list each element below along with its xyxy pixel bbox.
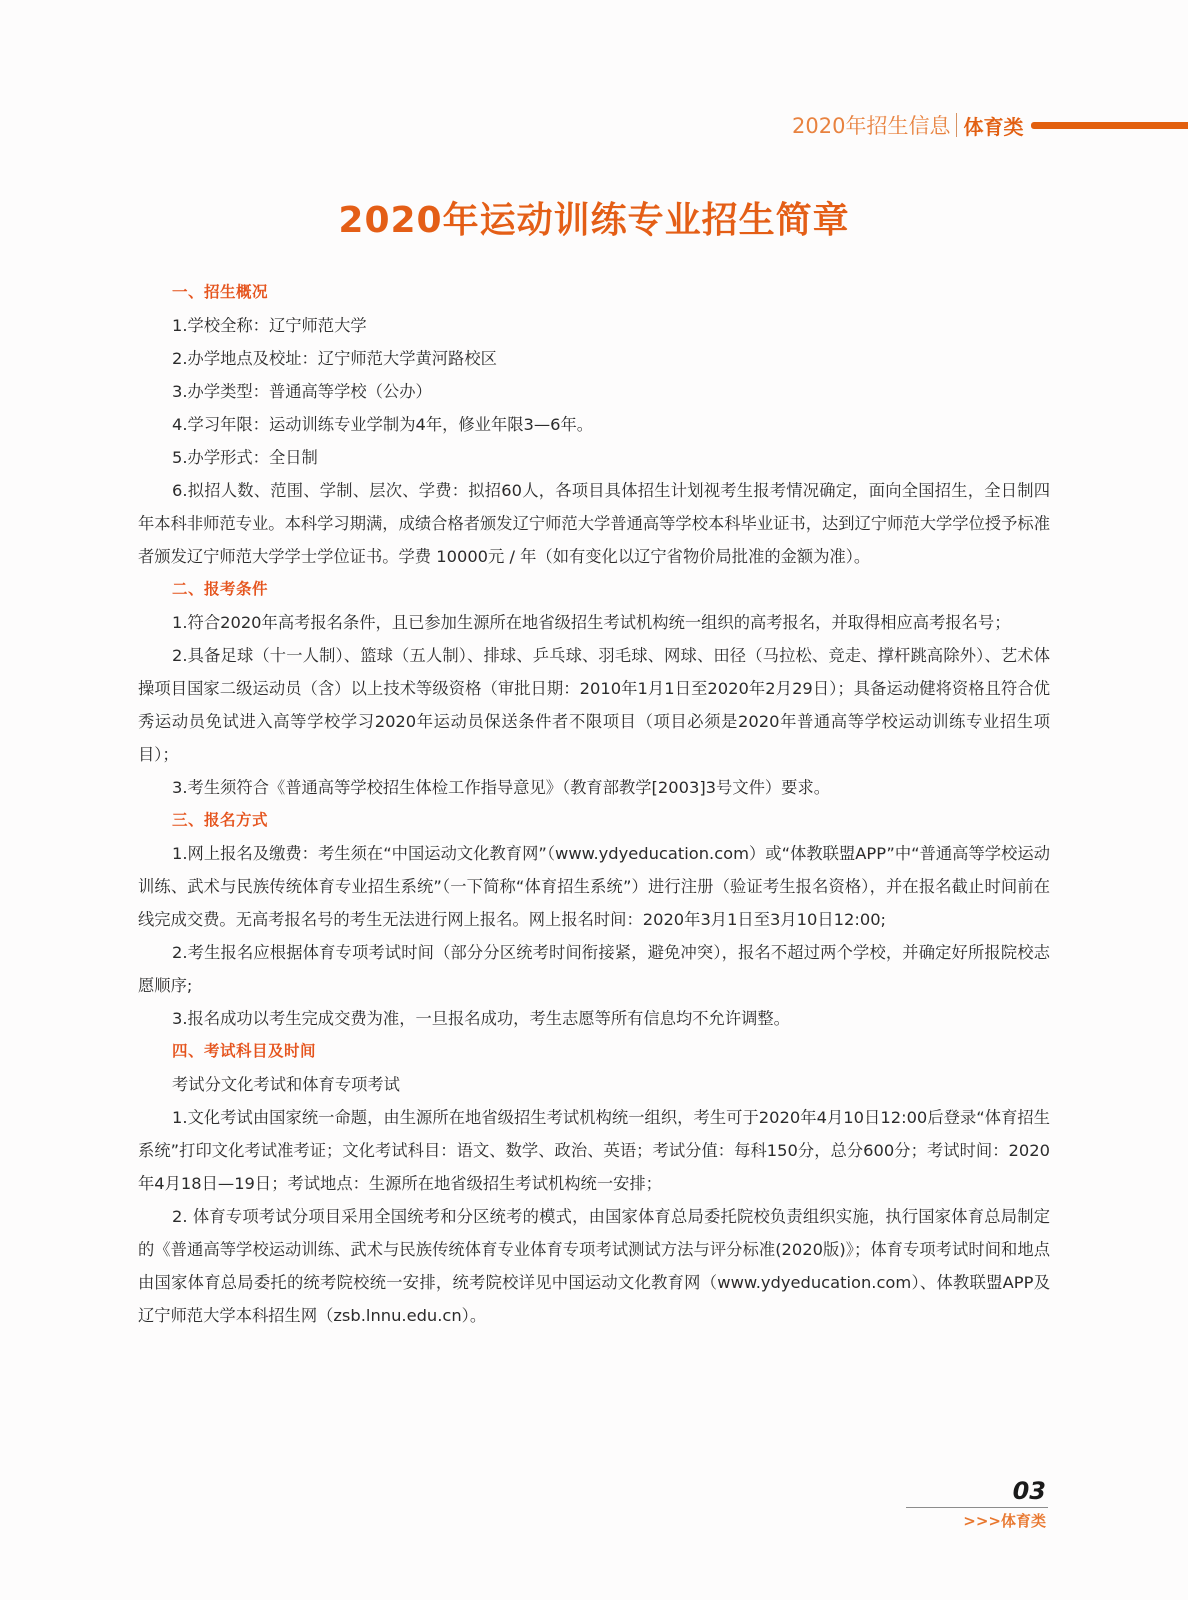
paragraph: 1.文化考试由国家统一命题，由生源所在地省级招生考试机构统一组织，考生可于202… xyxy=(138,1101,1050,1200)
paragraph: 1.网上报名及缴费：考生须在“中国运动文化教育网”（www.ydyeducati… xyxy=(138,837,1050,936)
footer-category-tag: >>>体育类 xyxy=(906,1510,1048,1531)
section-exams: 四、考试科目及时间 考试分文化考试和体育专项考试 1.文化考试由国家统一命题，由… xyxy=(138,1035,1050,1332)
paragraph: 1.学校全称：辽宁师范大学 xyxy=(138,309,1050,342)
header-accent-line xyxy=(1031,122,1188,129)
header-category: 体育类 xyxy=(963,111,1023,140)
section-heading: 四、考试科目及时间 xyxy=(138,1035,1050,1068)
section-registration: 三、报名方式 1.网上报名及缴费：考生须在“中国运动文化教育网”（www.ydy… xyxy=(138,804,1050,1035)
paragraph: 2.具备足球（十一人制）、篮球（五人制）、排球、乒乓球、羽毛球、网球、田径（马拉… xyxy=(138,639,1050,771)
footer-divider xyxy=(906,1507,1048,1508)
paragraph: 2. 体育专项考试分项目采用全国统考和分区统考的模式，由国家体育总局委托院校负责… xyxy=(138,1200,1050,1332)
paragraph: 3.办学类型：普通高等学校（公办） xyxy=(138,375,1050,408)
page-number: 03 xyxy=(906,1478,1048,1504)
paragraph: 4.学习年限：运动训练专业学制为4年，修业年限3—6年。 xyxy=(138,408,1050,441)
header-divider xyxy=(956,113,957,137)
section-heading: 三、报名方式 xyxy=(138,804,1050,837)
paragraph: 2.办学地点及校址：辽宁师范大学黄河路校区 xyxy=(138,342,1050,375)
paragraph: 2.考生报名应根据体育专项考试时间（部分分区统考时间衔接紧，避免冲突），报名不超… xyxy=(138,936,1050,1002)
document-body: 一、招生概况 1.学校全称：辽宁师范大学 2.办学地点及校址：辽宁师范大学黄河路… xyxy=(138,276,1050,1332)
paragraph: 1.符合2020年高考报名条件，且已参加生源所在地省级招生考试机构统一组织的高考… xyxy=(138,606,1050,639)
section-overview: 一、招生概况 1.学校全称：辽宁师范大学 2.办学地点及校址：辽宁师范大学黄河路… xyxy=(138,276,1050,573)
paragraph: 考试分文化考试和体育专项考试 xyxy=(138,1068,1050,1101)
running-header: 2020年招生信息 体育类 xyxy=(792,110,1188,140)
section-requirements: 二、报考条件 1.符合2020年高考报名条件，且已参加生源所在地省级招生考试机构… xyxy=(138,573,1050,804)
section-heading: 一、招生概况 xyxy=(138,276,1050,309)
document-title: 2020年运动训练专业招生简章 xyxy=(0,192,1188,243)
paragraph: 3.报名成功以考生完成交费为准，一旦报名成功，考生志愿等所有信息均不允许调整。 xyxy=(138,1002,1050,1035)
section-heading: 二、报考条件 xyxy=(138,573,1050,606)
page-footer: 03 >>>体育类 xyxy=(906,1478,1048,1531)
header-info-label: 2020年招生信息 xyxy=(792,110,950,140)
paragraph: 6.拟招人数、范围、学制、层次、学费：拟招60人，各项目具体招生计划视考生报考情… xyxy=(138,474,1050,573)
paragraph: 3.考生须符合《普通高等学校招生体检工作指导意见》（教育部教学[2003]3号文… xyxy=(138,771,1050,804)
paragraph: 5.办学形式：全日制 xyxy=(138,441,1050,474)
